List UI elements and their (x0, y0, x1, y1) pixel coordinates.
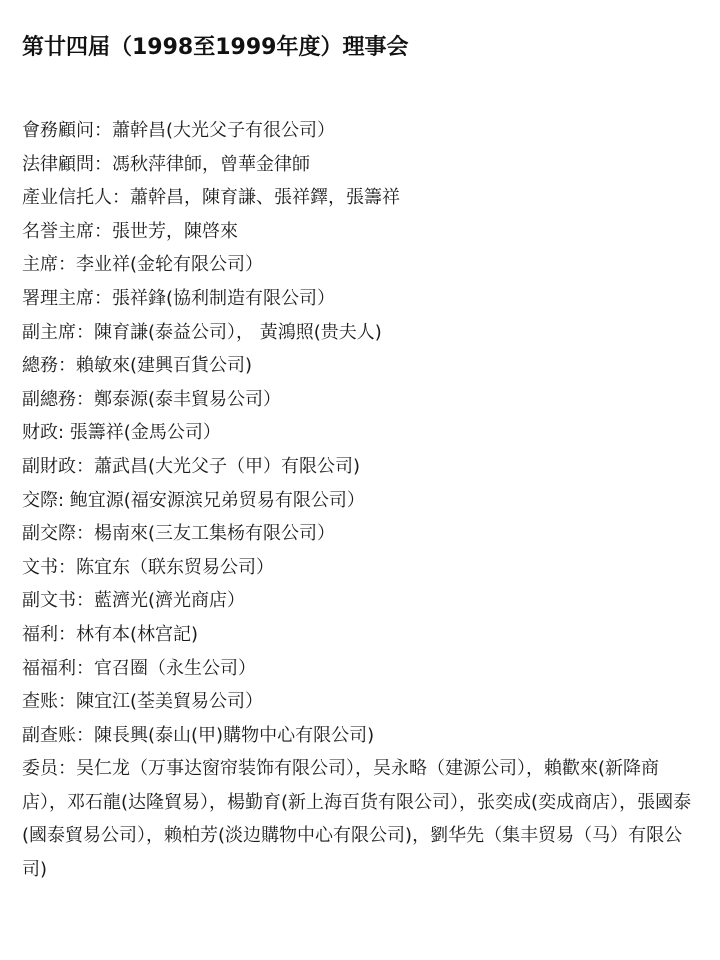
role-label: 交際 (22, 490, 58, 511)
list-item: 副交際：楊南來(三友工集杨有限公司） (22, 517, 694, 551)
separator: ： (76, 523, 94, 544)
role-label: 副交際 (22, 523, 76, 544)
separator: ： (76, 590, 94, 611)
role-label: 總務 (22, 355, 58, 376)
role-value: 吴仁龙（万事达窗帘装饰有限公司），吴永略（建源公司），賴歡來(新降商店），邓石龍… (22, 758, 691, 880)
role-value: 鲍宜源(福安源滨兄弟贸易有限公司） (70, 490, 365, 511)
list-item: 交際: 鲍宜源(福安源滨兄弟贸易有限公司） (22, 484, 694, 518)
separator: ： (112, 187, 130, 208)
role-label: 副查账 (22, 725, 76, 746)
list-item: 法律顧問：馮秋萍律師，曾華金律師 (22, 148, 694, 182)
list-item: 副財政：蕭武昌(大光父子（甲）有限公司) (22, 450, 694, 484)
list-item: 副總務：鄭泰源(泰丰貿易公司） (22, 383, 694, 417)
separator: ： (76, 389, 94, 410)
committee-members: 委员：吴仁龙（万事达窗帘装饰有限公司），吴永略（建源公司），賴歡來(新降商店），… (22, 752, 694, 886)
role-label: 财政 (22, 422, 58, 443)
role-value: 陳育謙(泰益公司）， 黃鴻照(贵夫人) (94, 322, 382, 343)
role-label: 副文书 (22, 590, 76, 611)
role-value: 鄭泰源(泰丰貿易公司） (94, 389, 281, 410)
separator: ： (58, 355, 76, 376)
role-value: 藍濟光(濟光商店） (94, 590, 245, 611)
list-item: 產业信托人：蕭幹昌，陳育謙、張祥鐸，張籌祥 (22, 181, 694, 215)
role-label: 主席 (22, 254, 58, 275)
role-label: 副主席 (22, 322, 76, 343)
separator: ： (76, 456, 94, 477)
role-label: 名誉主席 (22, 221, 94, 242)
role-value: 馮秋萍律師，曾華金律師 (112, 154, 310, 175)
role-value: 陈宜东（联东贸易公司） (76, 557, 274, 578)
list-item: 副查账：陳長興(泰山(甲)購物中心有限公司) (22, 719, 694, 753)
role-label: 會務顧问 (22, 120, 94, 141)
role-value: 蕭武昌(大光父子（甲）有限公司) (94, 456, 360, 477)
role-value: 李业祥(金轮有限公司） (76, 254, 263, 275)
separator: ： (76, 725, 94, 746)
role-value: 官召圈（永生公司） (94, 658, 256, 679)
separator: ： (76, 658, 94, 679)
role-value: 張世芳，陳啓來 (112, 221, 238, 242)
role-value: 蕭幹昌，陳育謙、張祥鐸，張籌祥 (130, 187, 400, 208)
list-item: 總務：賴敏來(建興百貨公司) (22, 349, 694, 383)
separator: : (58, 422, 70, 443)
role-value: 林有本(林宫記) (76, 624, 198, 645)
role-value: 賴敏來(建興百貨公司) (76, 355, 252, 376)
separator: ： (58, 624, 76, 645)
separator: ： (58, 758, 76, 779)
page-title: 第廿四届（1998至1999年度）理事会 (22, 33, 408, 63)
role-value: 陳長興(泰山(甲)購物中心有限公司) (94, 725, 374, 746)
role-label: 查账 (22, 691, 58, 712)
role-label: 副總務 (22, 389, 76, 410)
separator: ： (94, 154, 112, 175)
role-label: 產业信托人 (22, 187, 112, 208)
list-item: 福利：林有本(林宫記) (22, 618, 694, 652)
separator: : (58, 490, 70, 511)
separator: ： (58, 254, 76, 275)
separator: ： (58, 557, 76, 578)
separator: ： (94, 221, 112, 242)
role-label: 署理主席 (22, 288, 94, 309)
list-item: 副文书：藍濟光(濟光商店） (22, 584, 694, 618)
role-label: 文书 (22, 557, 58, 578)
separator: ： (58, 691, 76, 712)
role-label: 福福利 (22, 658, 76, 679)
list-item: 會務顧问：蕭幹昌(大光父子有很公司） (22, 114, 694, 148)
list-item: 主席：李业祥(金轮有限公司） (22, 248, 694, 282)
role-value: 張祥鋒(協利制造有限公司） (112, 288, 335, 309)
role-label: 法律顧問 (22, 154, 94, 175)
role-value: 蕭幹昌(大光父子有很公司） (112, 120, 335, 141)
council-member-list: 會務顧问：蕭幹昌(大光父子有很公司） 法律顧問：馮秋萍律師，曾華金律師 產业信托… (22, 114, 694, 887)
role-value: 楊南來(三友工集杨有限公司） (94, 523, 335, 544)
list-item: 文书：陈宜东（联东贸易公司） (22, 551, 694, 585)
list-item: 福福利：官召圈（永生公司） (22, 652, 694, 686)
separator: ： (94, 288, 112, 309)
role-value: 張籌祥(金馬公司） (70, 422, 221, 443)
list-item: 财政: 張籌祥(金馬公司） (22, 416, 694, 450)
role-label: 福利 (22, 624, 58, 645)
list-item: 副主席：陳育謙(泰益公司）， 黃鴻照(贵夫人) (22, 316, 694, 350)
role-label: 委员 (22, 758, 58, 779)
separator: ： (94, 120, 112, 141)
list-item: 名誉主席：張世芳，陳啓來 (22, 215, 694, 249)
role-value: 陳宜江(荃美貿易公司） (76, 691, 263, 712)
list-item: 查账：陳宜江(荃美貿易公司） (22, 685, 694, 719)
role-label: 副財政 (22, 456, 76, 477)
separator: ： (76, 322, 94, 343)
list-item: 署理主席：張祥鋒(協利制造有限公司） (22, 282, 694, 316)
